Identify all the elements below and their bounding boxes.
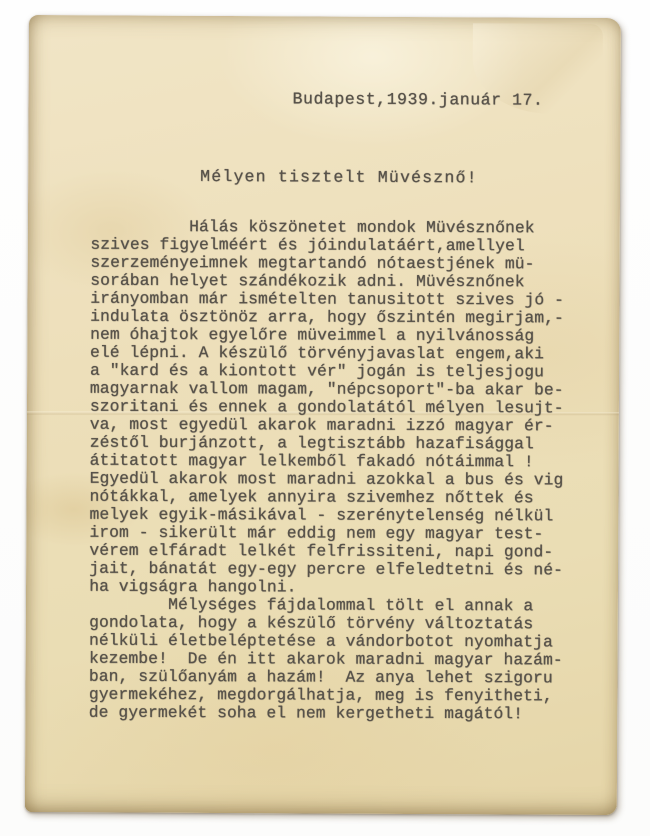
letter-salutation: Mélyen tisztelt Müvésznő! xyxy=(200,167,478,187)
letter-dateline: Budapest,1939.január 17. xyxy=(293,89,544,109)
letter-paper: Budapest,1939.január 17. Mélyen tisztelt… xyxy=(25,15,621,815)
letter-body: Hálás köszönetet mondok Müvésznőnek sziv… xyxy=(89,218,565,724)
scanned-letter-page: Budapest,1939.január 17. Mélyen tisztelt… xyxy=(0,0,650,836)
